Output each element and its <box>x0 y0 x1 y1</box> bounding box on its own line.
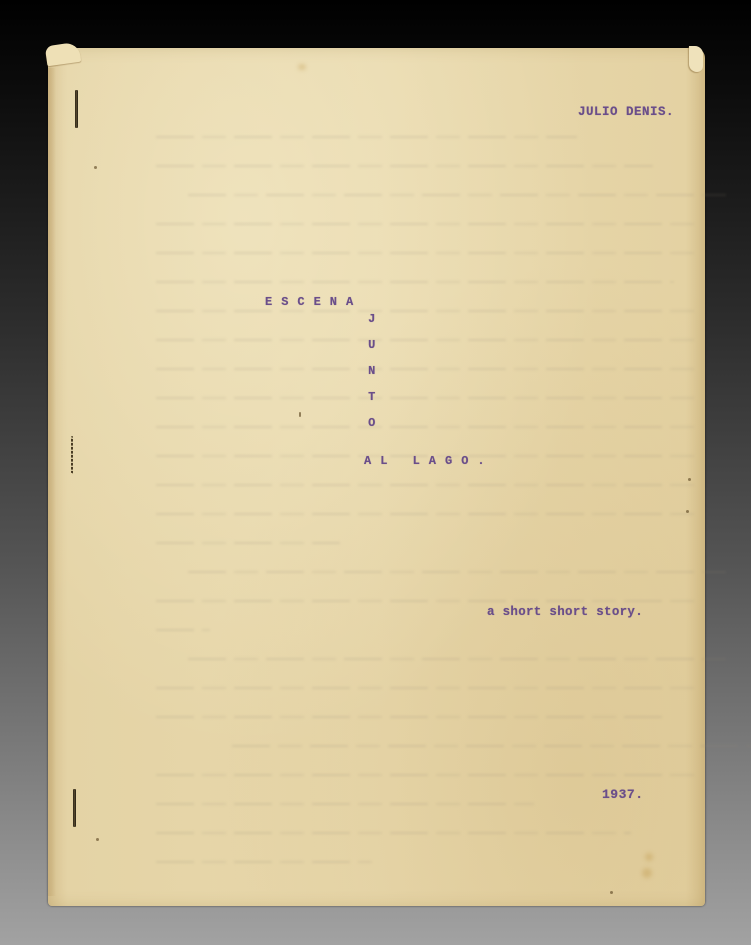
paper-stain <box>642 868 652 878</box>
paper-speck <box>299 412 301 417</box>
staple-middle <box>71 436 73 474</box>
paper-stain <box>645 853 653 861</box>
paper-speck <box>686 510 689 513</box>
title-letter: O <box>368 416 376 442</box>
subtitle: a short short story. <box>487 605 643 619</box>
paper-speck <box>610 891 613 894</box>
staple-bottom <box>73 789 76 827</box>
title-letter: U <box>368 338 376 364</box>
paper-stain <box>298 64 306 70</box>
paper-speck <box>688 478 691 481</box>
bleed-through-text <box>156 136 696 896</box>
title-letter: J <box>368 312 376 338</box>
staple-top <box>75 90 78 128</box>
folded-corner-top-left <box>45 42 81 67</box>
paper-speck <box>94 166 97 169</box>
title-line-al-lago: AL LAGO. <box>364 454 494 468</box>
title-letter: T <box>368 390 376 416</box>
author-name: JULIO DENIS. <box>578 105 674 119</box>
manuscript-page: JULIO DENIS. ESCENA J U N T O AL LAGO. a… <box>48 48 705 906</box>
title-letter: N <box>368 364 376 390</box>
title-vertical-junto: J U N T O <box>365 312 379 442</box>
paper-speck <box>96 838 99 841</box>
title-line-escena: ESCENA <box>265 295 362 309</box>
year: 1937. <box>602 787 644 802</box>
folded-corner-top-right <box>689 46 703 72</box>
